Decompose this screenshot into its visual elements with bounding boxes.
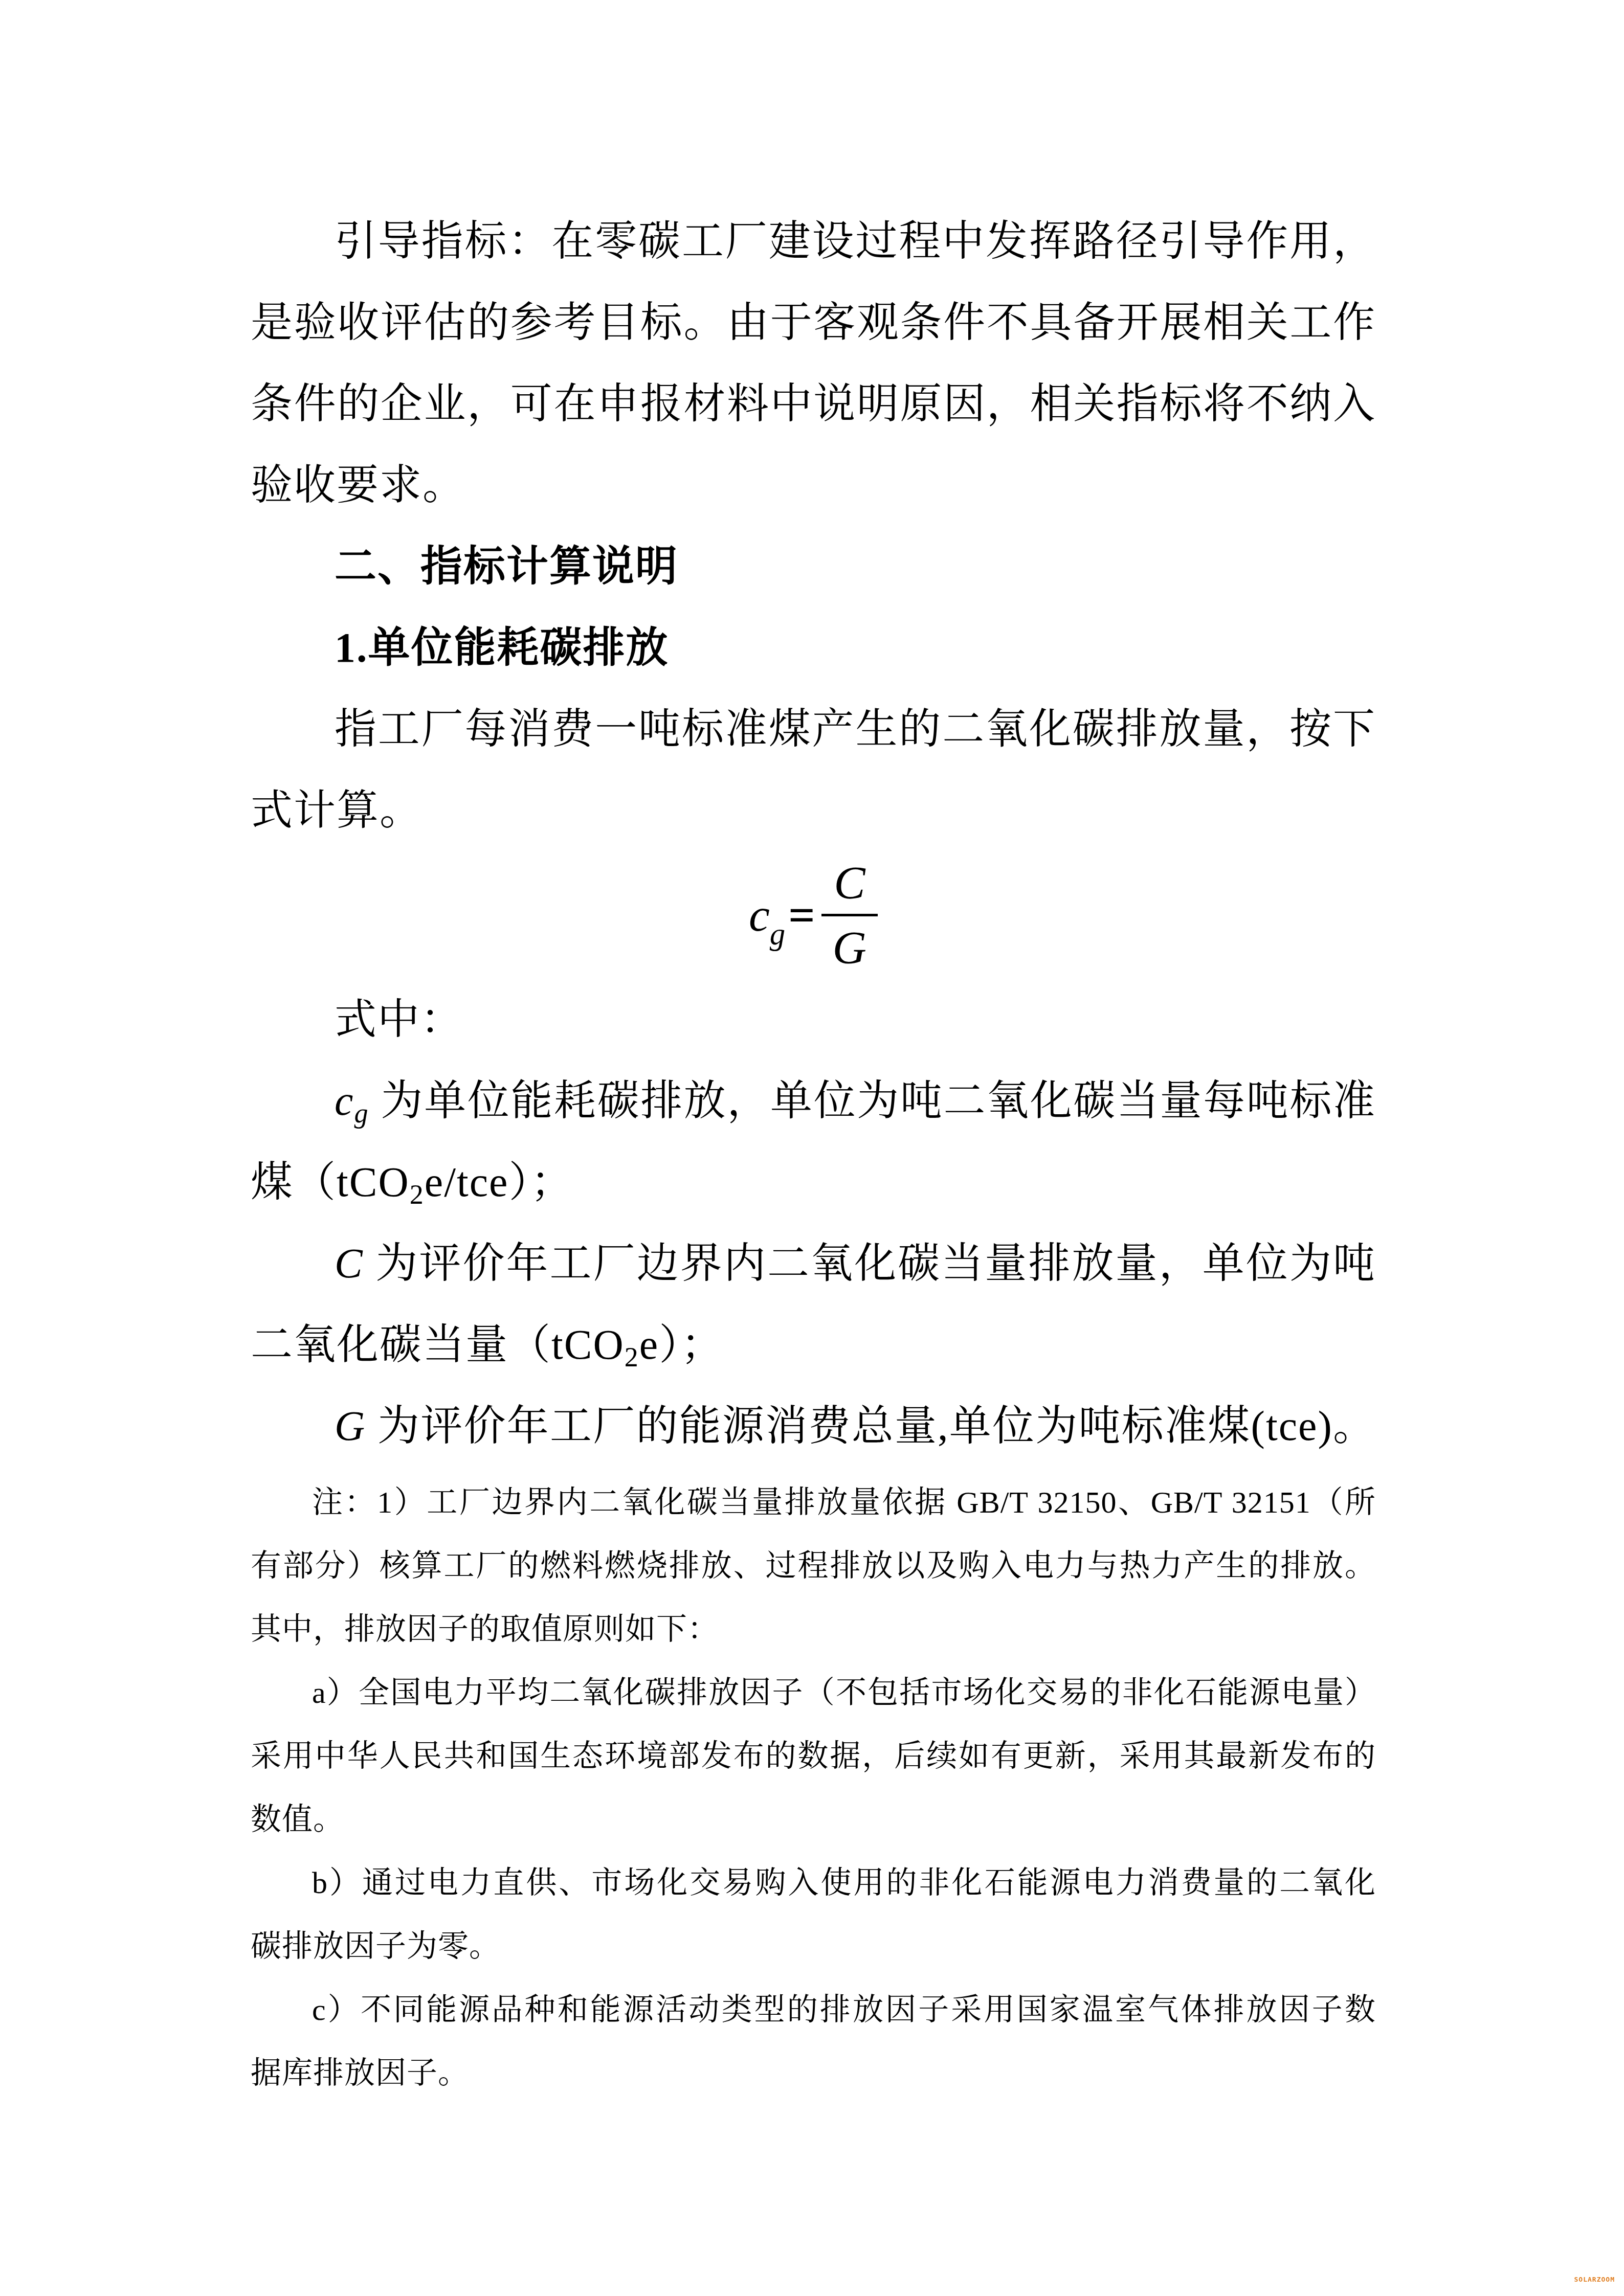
- paragraph-definition: 指工厂每消费一吨标准煤产生的二氧化碳排放量，按下 式计算。: [251, 688, 1376, 851]
- text-line: 条件的企业，可在申报材料中说明原因，相关指标将不纳入: [251, 363, 1376, 444]
- subsection-title: 单位能耗碳排放: [368, 624, 669, 671]
- fraction-numerator: C: [822, 856, 876, 914]
- text-line: 二氧化碳当量（tCO2e）；: [251, 1304, 1376, 1385]
- co2-subscript: 2: [625, 1342, 639, 1372]
- text-line: cg 为单位能耗碳排放，单位为吨二氧化碳当量每吨标准: [251, 1060, 1376, 1141]
- notes-section: 注：1）工厂边界内二氧化碳当量排放量依据 GB/T 32150、GB/T 321…: [251, 1471, 1376, 2105]
- formula-unit-energy-carbon: cg = C G: [251, 851, 1376, 979]
- variable-definition-cg: cg 为单位能耗碳排放，单位为吨二氧化碳当量每吨标准 煤（tCO2e/tce）；: [251, 1060, 1376, 1223]
- note-line: 注：1）工厂边界内二氧化碳当量排放量依据 GB/T 32150、GB/T 321…: [251, 1471, 1376, 1534]
- text-line: 式计算。: [251, 770, 1376, 851]
- text-line: 是验收评估的参考目标。由于客观条件不具备开展相关工作: [251, 282, 1376, 363]
- note-line: 碳排放因子为零。: [251, 1915, 1376, 1978]
- note-line: a）全国电力平均二氧化碳排放因子（不包括市场化交易的非化石能源电量）: [251, 1661, 1376, 1724]
- variable-text: 煤（tCO: [251, 1159, 410, 1205]
- text-line: 验收要求。: [251, 444, 1376, 526]
- equals-sign: =: [788, 888, 815, 942]
- formula-symbol-g-subscript: g: [770, 917, 785, 952]
- formula-where-label: 式中：: [251, 979, 1376, 1060]
- subsection-number: 1.: [335, 624, 368, 671]
- document-page: 引导指标：在零碳工厂建设过程中发挥路径引导作用， 是验收评估的参考目标。由于客观…: [0, 0, 1624, 2296]
- variable-definition-c: C 为评价年工厂边界内二氧化碳当量排放量，单位为吨 二氧化碳当量（tCO2e）；: [251, 1223, 1376, 1385]
- subsection-heading: 1.单位能耗碳排放: [251, 607, 1376, 688]
- watermark-solarzoom: SOLARZOOM: [1574, 2276, 1615, 2284]
- variable-text: 为评价年工厂边界内二氧化碳当量排放量，单位为吨: [364, 1240, 1376, 1287]
- paragraph-intro: 引导指标：在零碳工厂建设过程中发挥路径引导作用， 是验收评估的参考目标。由于客观…: [251, 200, 1376, 526]
- variable-text: 二氧化碳当量（tCO: [251, 1321, 625, 1368]
- text-line: C 为评价年工厂边界内二氧化碳当量排放量，单位为吨: [251, 1223, 1376, 1304]
- note-line: 其中，排放因子的取值原则如下：: [251, 1597, 1376, 1661]
- formula-symbol-c: c: [749, 889, 770, 941]
- formula-lhs: cg: [749, 888, 785, 942]
- variable-text: 为评价年工厂的能源消费总量,单位为吨标准煤(tce)。: [366, 1403, 1376, 1449]
- co2-subscript: 2: [410, 1179, 425, 1210]
- note-line: 据库排放因子。: [251, 2041, 1376, 2105]
- formula-fraction: C G: [821, 856, 878, 975]
- variable-text: 为单位能耗碳排放，单位为吨二氧化碳当量每吨标准: [369, 1077, 1376, 1124]
- variable-text: e）；: [639, 1321, 724, 1368]
- variable-symbol-g-subscript: g: [354, 1098, 369, 1129]
- text-line: 指工厂每消费一吨标准煤产生的二氧化碳排放量，按下: [251, 688, 1376, 770]
- note-line: b）通过电力直供、市场化交易购入使用的非化石能源电力消费量的二氧化: [251, 1851, 1376, 1915]
- text-line: 煤（tCO2e/tce）；: [251, 1141, 1376, 1223]
- text-line: G 为评价年工厂的能源消费总量,单位为吨标准煤(tce)。: [251, 1385, 1376, 1467]
- note-line: 数值。: [251, 1788, 1376, 1851]
- text-line: 引导指标：在零碳工厂建设过程中发挥路径引导作用，: [251, 200, 1376, 282]
- section-heading: 二、指标计算说明: [251, 526, 1376, 607]
- note-line: 采用中华人民共和国生态环境部发布的数据，后续如有更新，采用其最新发布的: [251, 1724, 1376, 1788]
- variable-symbol-c-upper: C: [335, 1240, 364, 1287]
- variable-text: e/tce）；: [425, 1159, 574, 1205]
- fraction-denominator: G: [821, 914, 878, 975]
- variable-definition-g: G 为评价年工厂的能源消费总量,单位为吨标准煤(tce)。: [251, 1385, 1376, 1467]
- variable-symbol-c: c: [335, 1077, 354, 1124]
- note-line: c）不同能源品种和能源活动类型的排放因子采用国家温室气体排放因子数: [251, 1978, 1376, 2041]
- note-line: 有部分）核算工厂的燃料燃烧排放、过程排放以及购入电力与热力产生的排放。: [251, 1534, 1376, 1597]
- variable-symbol-g-upper: G: [335, 1403, 366, 1449]
- document-content: 引导指标：在零碳工厂建设过程中发挥路径引导作用， 是验收评估的参考目标。由于客观…: [251, 200, 1376, 2105]
